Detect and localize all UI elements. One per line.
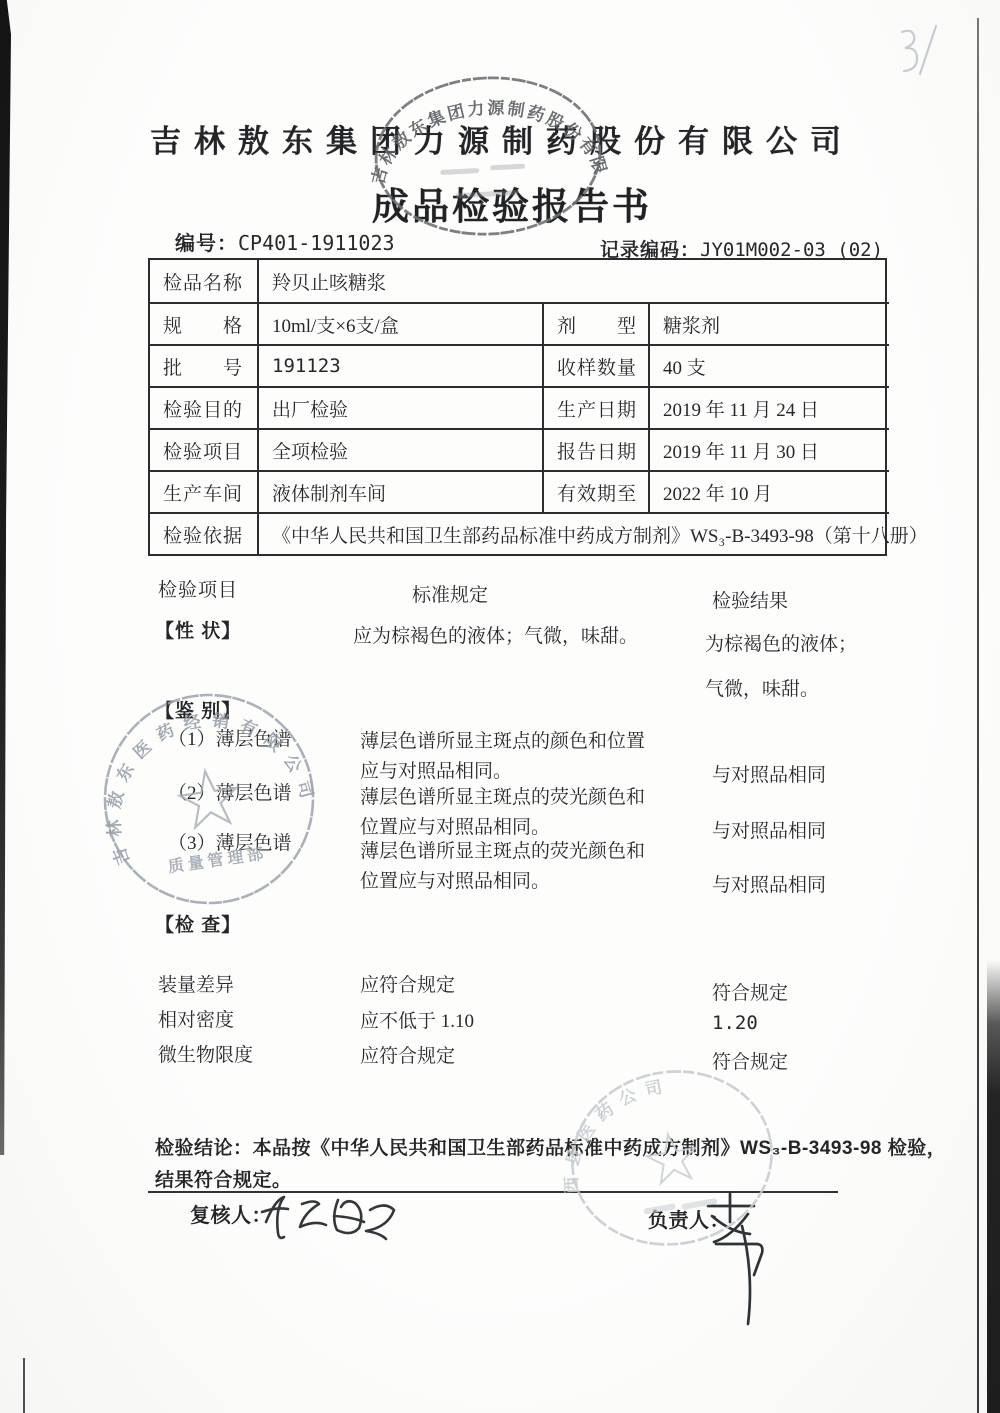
responsible-signature <box>692 1186 792 1331</box>
ident-3-standard-line2: 位置应与对照品相同。 <box>360 866 550 893</box>
sample-info-table: 检品名称 羚贝止咳糖浆 规 格 10ml/支×6支/盒 剂 型 糖浆剂 批 号 … <box>148 258 887 556</box>
character-standard: 应为棕褐色的液体；气微，味甜。 <box>353 621 638 648</box>
scan-edge-right-band <box>987 960 1000 1413</box>
check-section-label: 【检 查】 <box>155 910 241 937</box>
items-value: 全项检验 <box>257 428 542 470</box>
basis-label: 检验依据 <box>150 512 257 554</box>
character-section-label: 【性 状】 <box>155 616 241 643</box>
expiry-label: 有效期至 <box>542 470 648 512</box>
prod-date-value: 2019 年 11 月 24 日 <box>648 386 889 428</box>
spec-value: 10ml/支×6支/盒 <box>257 302 542 344</box>
ident-3-standard-line1: 薄层色谱所显主斑点的荧光颜色和 <box>360 836 645 863</box>
scan-edge-right-line <box>977 18 979 1413</box>
purpose-label: 检验目的 <box>150 386 257 428</box>
ident-2-result: 与对照品相同 <box>712 816 826 843</box>
ident-2-standard-line1: 薄层色谱所显主斑点的荧光颜色和 <box>360 782 645 809</box>
report-date-label: 报告日期 <box>542 428 648 470</box>
ident-3-name: （3）薄层色谱 <box>168 828 292 855</box>
report-date-value: 2019 年 11 月 30 日 <box>648 428 889 470</box>
check-1-name: 装量差异 <box>158 970 234 997</box>
ident-1-result: 与对照品相同 <box>712 760 826 787</box>
reviewer-signature <box>258 1186 403 1246</box>
page-title: 成品检验报告书 <box>372 176 672 230</box>
scan-edge-bottom-left <box>23 1358 25 1413</box>
check-3-name: 微生物限度 <box>158 1040 253 1067</box>
sample-name-value: 羚贝止咳糖浆 <box>257 260 889 302</box>
ident-2-name: （2）薄层色谱 <box>168 778 292 805</box>
check-2-name: 相对密度 <box>158 1005 234 1032</box>
dosage-form-value: 糖浆剂 <box>648 302 889 344</box>
prod-date-label: 生产日期 <box>542 386 648 428</box>
report-number-label: 编号： <box>175 233 238 255</box>
ident-2-standard-line2: 位置应与对照品相同。 <box>360 812 550 839</box>
scanned-report-page: 吉林敖东集团力源制药股份有限公司 成品检验报告书 编号：CP401-191102… <box>0 0 1000 1413</box>
batch-value: 191123 <box>257 344 542 386</box>
dosage-form-label: 剂 型 <box>542 302 648 344</box>
check-3-result: 符合规定 <box>712 1047 788 1074</box>
company-name: 吉林敖东集团力源制药股份有限公司 <box>150 116 855 161</box>
character-result-line1: 为棕褐色的液体； <box>705 629 857 656</box>
report-number-value: CP401-1911023 <box>238 231 395 255</box>
ident-1-name: （1）薄层色谱 <box>168 724 292 751</box>
sample-qty-label: 收样数量 <box>542 344 648 386</box>
ident-3-result: 与对照品相同 <box>712 870 826 897</box>
character-result-line2: 气微，味甜。 <box>705 674 819 701</box>
report-number: 编号：CP401-1911023 <box>175 227 395 256</box>
sample-name-label: 检品名称 <box>150 260 257 302</box>
check-2-standard: 应不低于 1.10 <box>360 1006 474 1033</box>
sample-qty-value: 40 支 <box>648 344 889 386</box>
scan-edge-left <box>0 0 11 1155</box>
check-2-result: 1.20 <box>712 1012 758 1034</box>
check-1-standard: 应符合规定 <box>360 970 455 997</box>
ident-1-standard-line1: 薄层色谱所显主斑点的颜色和位置 <box>360 726 645 753</box>
results-col-standard: 标准规定 <box>412 580 488 607</box>
conclusion-line1: 检验结论：本品按《中华人民共和国卫生部药品标准中药成方制剂》WS₃-B-3493… <box>155 1133 946 1160</box>
identification-section-label: 【鉴 别】 <box>155 696 241 723</box>
results-col-item: 检验项目 <box>158 575 238 602</box>
basis-value: 《中华人民共和国卫生部药品标准中药成方制剂》WS₃-B-3493-98（第十八册… <box>257 512 889 554</box>
purpose-value: 出厂检验 <box>257 386 542 428</box>
workshop-label: 生产车间 <box>150 470 257 512</box>
workshop-value: 液体制剂车间 <box>257 470 542 512</box>
ident-1-standard-line2: 应与对照品相同。 <box>360 756 512 783</box>
expiry-value: 2022 年 10 月 <box>648 470 889 512</box>
check-1-result: 符合规定 <box>712 978 788 1005</box>
check-3-standard: 应符合规定 <box>360 1041 455 1068</box>
results-col-result: 检验结果 <box>712 586 788 613</box>
spec-label: 规 格 <box>150 302 257 344</box>
items-label: 检验项目 <box>150 428 257 470</box>
pencil-corner-mark <box>890 20 950 82</box>
batch-label: 批 号 <box>150 344 257 386</box>
